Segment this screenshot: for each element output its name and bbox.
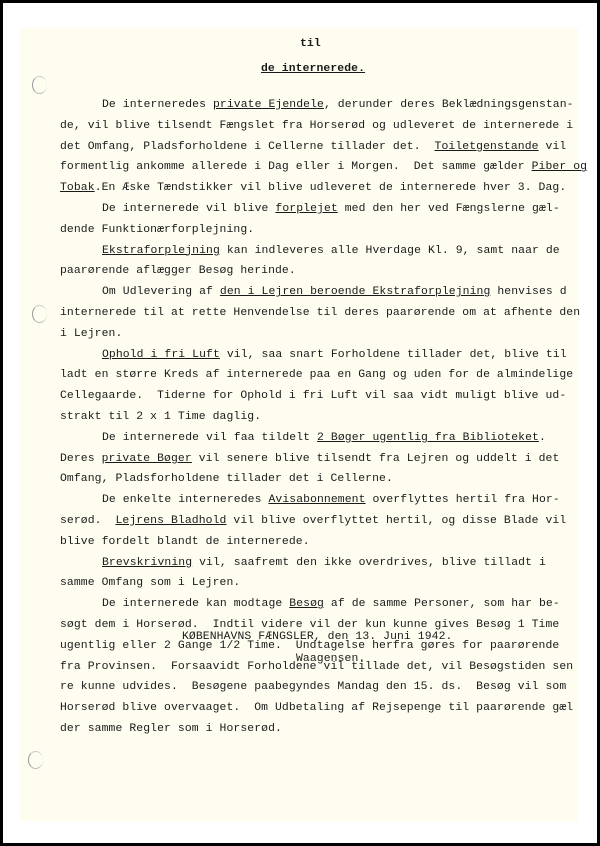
subheading: de internerede. — [261, 62, 365, 76]
underlined-term: Toiletgenstande — [435, 141, 539, 153]
text-line: i Lejren. — [60, 327, 122, 341]
text-run: . — [539, 432, 546, 444]
text-line: dende Funktionærforplejning. — [60, 223, 254, 237]
text-run: med den her ved Fængslerne gæl- — [338, 203, 560, 215]
underlined-term: private Ejendele — [213, 99, 324, 111]
text-run: i Lejren. — [60, 328, 122, 340]
text-run: Deres — [60, 453, 102, 465]
text-line: Ekstraforplejning kan indleveres alle Hv… — [102, 244, 560, 258]
text-line: De internerede vil blive forplejet med d… — [102, 202, 560, 216]
text-run: vil blive overflyttet hertil, og disse B… — [226, 515, 566, 527]
text-line: det Omfang, Pladsforholdene i Cellerne t… — [60, 140, 566, 154]
binder-hole-top — [32, 76, 47, 94]
text-run: internerede til at rette Henvendelse til… — [60, 307, 580, 319]
text-line: der samme Regler som i Horserød. — [60, 722, 282, 736]
text-run: De internerede kan modtage — [102, 598, 289, 610]
text-run: De interneredes — [102, 99, 213, 111]
underlined-term: Avisabonnement — [268, 494, 365, 506]
text-run: vil senere blive tilsendt fra Lejren og … — [192, 453, 560, 465]
text-line: paarørende aflægger Besøg herinde. — [60, 264, 296, 278]
underlined-term: Lejrens Bladhold — [115, 515, 226, 527]
closing-line: KØBENHAVNS FÆNGSLER, den 13. Juni 1942. — [182, 630, 452, 644]
text-run: paarørende aflægger Besøg herinde. — [60, 265, 296, 277]
underlined-term: 2 Bøger ugentlig fra Biblioteket — [317, 432, 539, 444]
text-line: Ophold i fri Luft vil, saa snart Forhold… — [102, 348, 567, 362]
text-line: samme Omfang som i Lejren. — [60, 576, 240, 590]
text-run: samme Omfang som i Lejren. — [60, 577, 240, 589]
text-line: Brevskrivning vil, saafremt den ikke ove… — [102, 556, 546, 570]
underlined-term: Ophold i fri Luft — [102, 349, 220, 361]
text-run: De internerede vil blive — [102, 203, 275, 215]
text-line: ladt en større Kreds af internerede paa … — [60, 368, 573, 382]
text-line: re kunne udvides. Besøgene paabegyndes M… — [60, 680, 566, 694]
text-run: Horserød blive overvaaget. Om Udbetaling… — [60, 702, 573, 714]
text-run: .En Æske Tændstikker vil blive udleveret… — [95, 182, 567, 194]
text-run: der samme Regler som i Horserød. — [60, 723, 282, 735]
text-run: det Omfang, Pladsforholdene i Cellerne t… — [60, 141, 435, 153]
text-run: formentlig ankomme allerede i Dag eller … — [60, 161, 532, 173]
underlined-term: Tobak — [60, 182, 95, 194]
underlined-term: forplejet — [275, 203, 337, 215]
underlined-term: private Bøger — [102, 453, 192, 465]
underlined-term: Piber og — [532, 161, 587, 173]
text-line: De internerede kan modtage Besøg af de s… — [102, 597, 560, 611]
text-run: de, vil blive tilsendt Fængslet fra Hors… — [60, 120, 573, 132]
text-line: Cellegaarde. Tiderne for Ophold i fri Lu… — [60, 389, 566, 403]
text-line: formentlig ankomme allerede i Dag eller … — [60, 160, 587, 174]
text-line: de, vil blive tilsendt Fængslet fra Hors… — [60, 119, 573, 133]
text-run: henvises d — [490, 286, 566, 298]
underlined-term: Besøg — [289, 598, 324, 610]
text-run: kan indleveres alle Hverdage Kl. 9, samt… — [220, 245, 560, 257]
text-run: Omfang, Pladsforholdene tillader det i C… — [60, 473, 393, 485]
text-run: strakt til 2 x 1 Time daglig. — [60, 411, 261, 423]
text-run: re kunne udvides. Besøgene paabegyndes M… — [60, 681, 566, 693]
text-run: Cellegaarde. Tiderne for Ophold i fri Lu… — [60, 390, 566, 402]
text-run: De enkelte interneredes — [102, 494, 268, 506]
text-run: overflyttes hertil fra Hor- — [366, 494, 560, 506]
text-line: De interneredes private Ejendele, derund… — [102, 98, 574, 112]
text-run: blive fordelt blandt de internerede. — [60, 536, 310, 548]
heading: til — [300, 37, 321, 51]
binder-hole-bottom — [28, 751, 43, 769]
text-line: blive fordelt blandt de internerede. — [60, 535, 310, 549]
text-run: serød. — [60, 515, 115, 527]
text-run: dende Funktionærforplejning. — [60, 224, 254, 236]
text-line: strakt til 2 x 1 Time daglig. — [60, 410, 261, 424]
text-line: Tobak.En Æske Tændstikker vil blive udle… — [60, 181, 566, 195]
text-run: vil — [539, 141, 567, 153]
text-run: De internerede vil faa tildelt — [102, 432, 317, 444]
text-run: Om Udlevering af — [102, 286, 220, 298]
text-line: internerede til at rette Henvendelse til… — [60, 306, 580, 320]
underlined-term: den i Lejren beroende Ekstraforplejning — [220, 286, 490, 298]
text-line: De enkelte interneredes Avisabonnement o… — [102, 493, 560, 507]
text-line: Deres private Bøger vil senere blive til… — [60, 452, 559, 466]
signature: Waagensen. — [296, 652, 365, 666]
text-line: Om Udlevering af den i Lejren beroende E… — [102, 285, 567, 299]
binder-hole-middle — [32, 305, 47, 323]
text-run: ladt en større Kreds af internerede paa … — [60, 369, 573, 381]
text-line: Omfang, Pladsforholdene tillader det i C… — [60, 472, 393, 486]
underlined-term: Brevskrivning — [102, 557, 192, 569]
text-line: De internerede vil faa tildelt 2 Bøger u… — [102, 431, 546, 445]
underlined-term: Ekstraforplejning — [102, 245, 220, 257]
text-run: af de samme Personer, som har be- — [324, 598, 560, 610]
text-line: serød. Lejrens Bladhold vil blive overfl… — [60, 514, 566, 528]
text-run: vil, saa snart Forholdene tillader det, … — [220, 349, 567, 361]
text-run: , derunder deres Beklædningsgenstan- — [324, 99, 574, 111]
text-run: vil, saafremt den ikke overdrives, blive… — [192, 557, 546, 569]
text-line: Horserød blive overvaaget. Om Udbetaling… — [60, 701, 573, 715]
